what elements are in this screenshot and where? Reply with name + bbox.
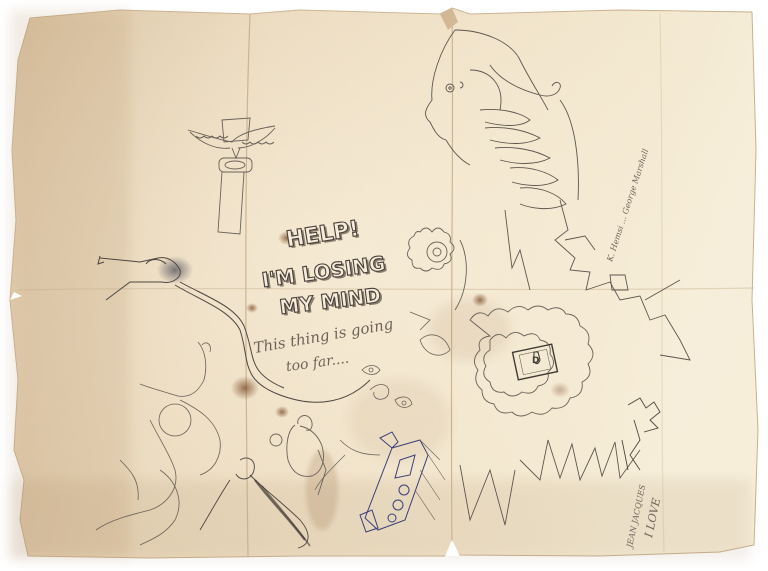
paper-sheet: K. Hemsi ... George Marshall D [0, 0, 768, 571]
paper-photo: K. Hemsi ... George Marshall D [0, 0, 768, 571]
emblem-badge-letter: D [532, 356, 539, 366]
